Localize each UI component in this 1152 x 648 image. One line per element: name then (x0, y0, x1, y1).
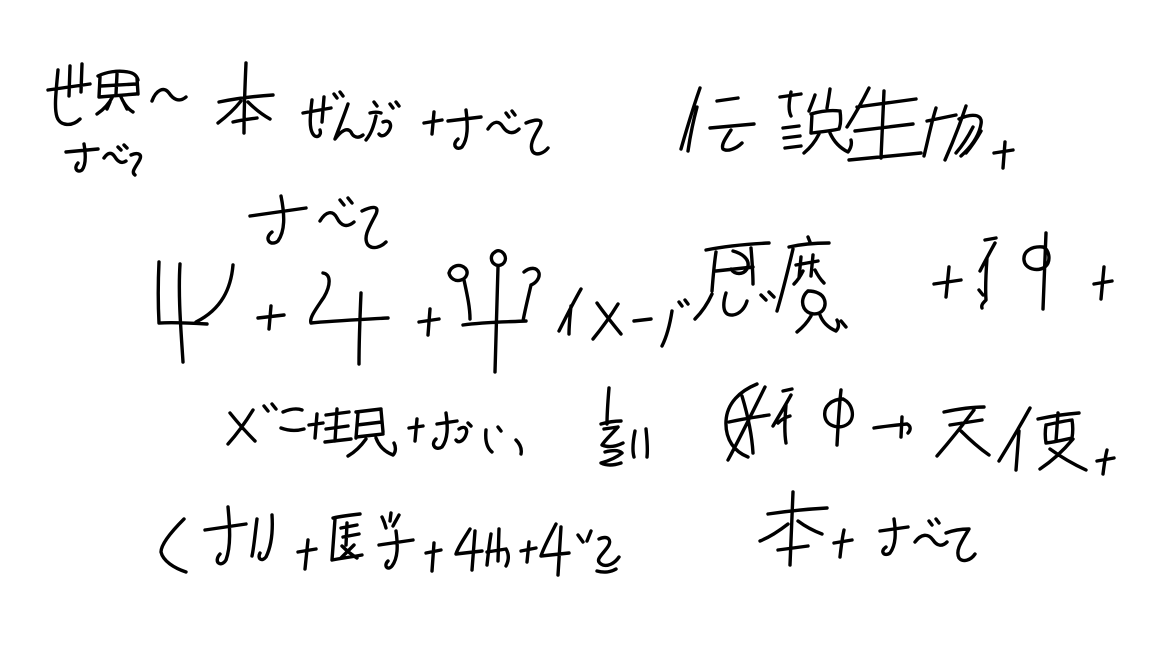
phrase-demon-god (695, 233, 1112, 332)
phrase-medicine-science (161, 507, 619, 575)
phrase-legendary-creatures (681, 88, 1013, 168)
phrase-world-all (48, 64, 186, 175)
handwriting-legendary-creatures (681, 88, 1013, 168)
handwriting-medicine-science (161, 507, 619, 575)
handwriting-fortune-telling (601, 388, 647, 465)
handwriting-book-subete-bottom (760, 492, 975, 565)
phrase-goddess-angel (726, 384, 1114, 474)
handwriting-planet-symbols (158, 251, 688, 372)
drawing-canvas[interactable] (0, 0, 1152, 648)
handwriting-demon-god (695, 233, 1112, 332)
whiteboard (0, 0, 1152, 648)
handwriting-world-all (48, 64, 186, 175)
handwriting-subete-mid (250, 196, 386, 248)
phrase-fortune-telling (601, 388, 647, 465)
phrase-planet-symbols-image (158, 251, 688, 372)
phrase-book-subete-bottom (760, 492, 975, 565)
phrase-book-zenbu-subete (218, 63, 548, 154)
handwriting-book-zenbu-subete (218, 63, 548, 154)
handwriting-goddess-angel (726, 384, 1114, 474)
handwriting-mental-reality-prayer (228, 404, 521, 456)
phrase-mental-reality-prayer (228, 404, 521, 456)
phrase-subete-mid (250, 196, 386, 248)
